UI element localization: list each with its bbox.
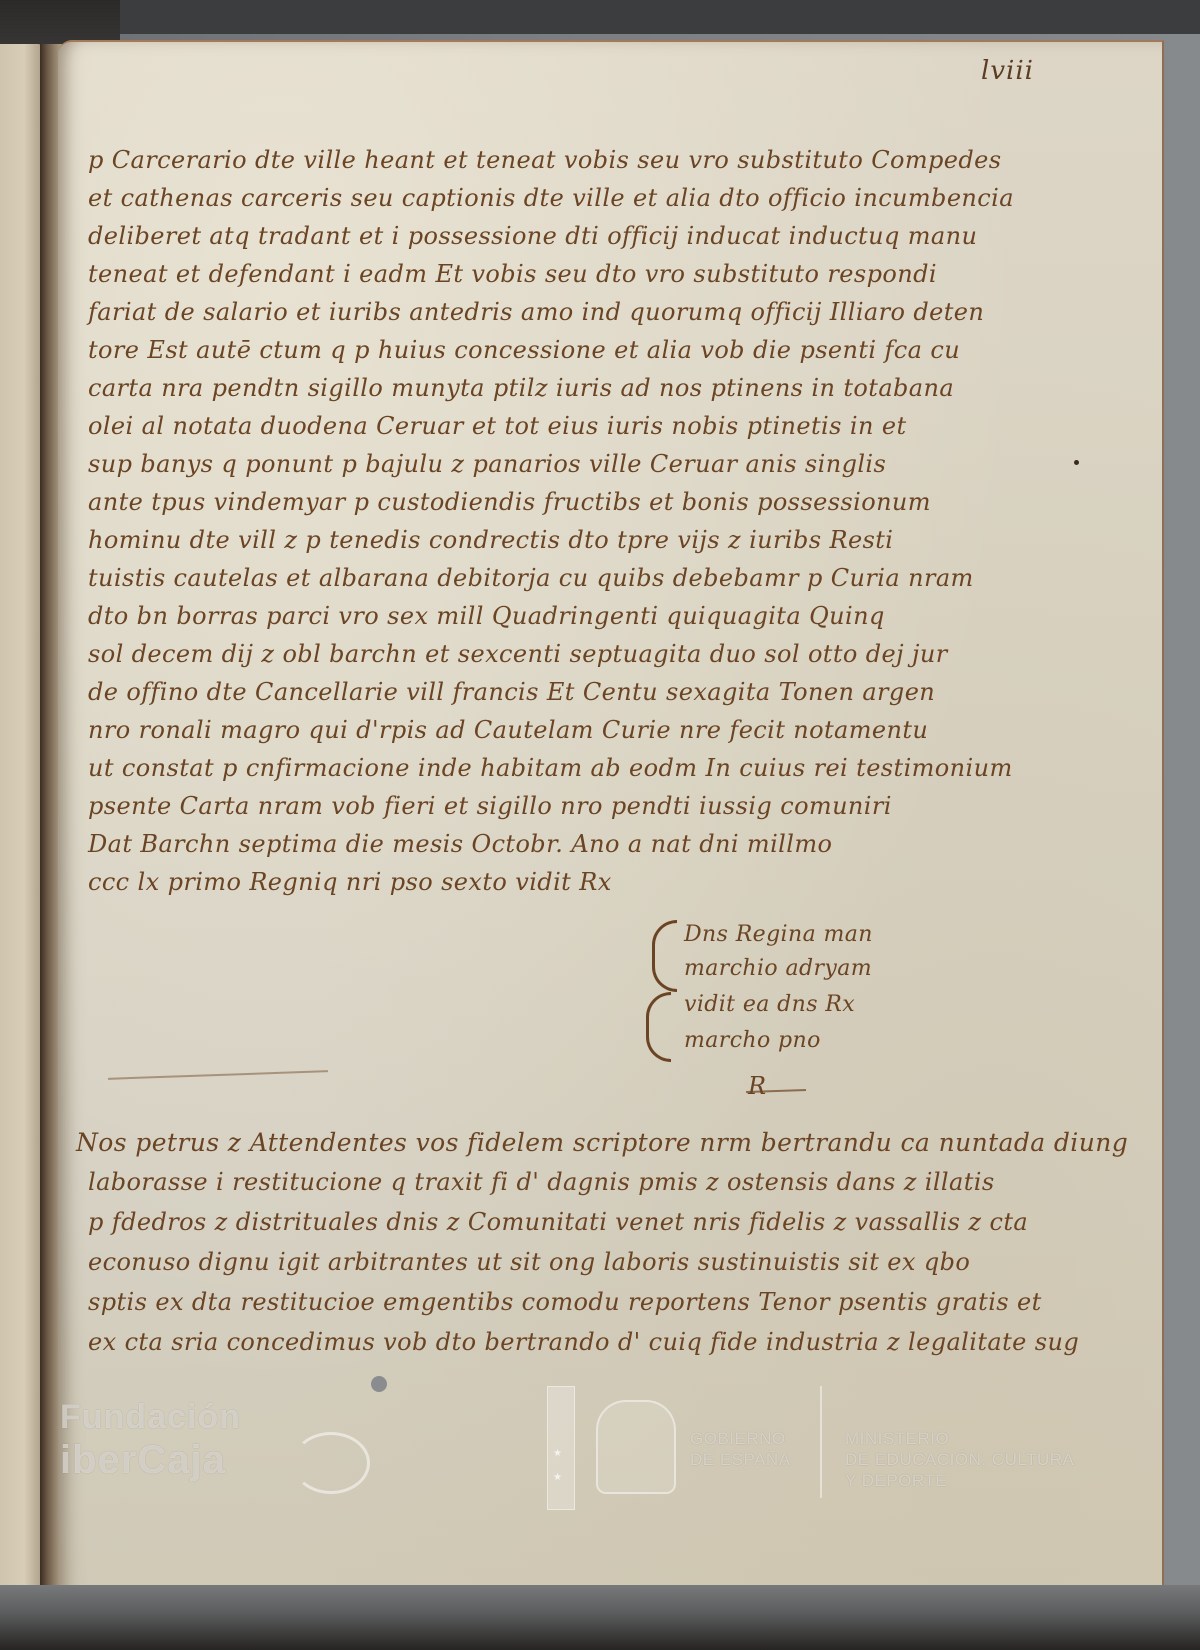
folio-number: lviii (981, 56, 1034, 86)
ministerio-line: MINISTERIO (845, 1428, 1074, 1449)
left-facing-page (0, 44, 44, 1604)
watermark-ministerio: MINISTERIO DE EDUCACIÓN, CULTURA Y DEPOR… (845, 1428, 1074, 1491)
text-line: laborasse i restitucione q traxit fi d' … (88, 1168, 995, 1196)
watermark-ibercaja: iberCaja (60, 1438, 226, 1483)
text-line: econuso dignu igit arbitrantes ut sit on… (88, 1248, 970, 1276)
text-line: ccc lx primo Regniq nri pso sexto vidit … (88, 868, 612, 896)
signature-line: marcho pno (684, 1028, 821, 1053)
text-line: p fdedros z distrituales dnis z Comunita… (88, 1208, 1028, 1236)
watermark-gobierno: GOBIERNO DE ESPAÑA (690, 1428, 791, 1470)
coat-of-arms-icon (596, 1400, 676, 1494)
binding-hole (371, 1376, 387, 1392)
text-line: carta nra pendtn sigillo munyta ptilz iu… (88, 374, 954, 402)
watermark-divider (820, 1386, 822, 1498)
text-line: sol decem dij z obl barchn et sexcenti s… (88, 640, 948, 668)
text-line: deliberet atq tradant et i possessione d… (88, 222, 977, 250)
deporte-line: Y DEPORTE (845, 1470, 1074, 1491)
signature-line: marchio adryam (684, 956, 872, 981)
text-line: tore Est autē ctum q p huius concessione… (88, 336, 960, 364)
text-line: dto bn borras parci vro sex mill Quadrin… (88, 602, 885, 630)
ink-spot (1074, 460, 1079, 465)
text-line: de offino dte Cancellarie vill francis E… (88, 678, 935, 706)
ibercaja-logo-icon (292, 1432, 370, 1494)
text-line: Dat Barchn septima die mesis Octobr. Ano… (88, 830, 832, 858)
bottom-shadow (0, 1585, 1200, 1650)
bracket-mark (646, 992, 671, 1062)
star-icon: ★ (553, 1472, 562, 1483)
text-line: olei al notata duodena Ceruar et tot eiu… (88, 412, 907, 440)
signature-line: vidit ea dns Rx (684, 992, 855, 1017)
text-line: Nos petrus z Attendentes vos fidelem scr… (76, 1128, 1128, 1157)
bracket-mark (652, 920, 677, 992)
star-icon: ★ (553, 1448, 562, 1459)
text-line: fariat de salario et iuribs antedris amo… (88, 298, 984, 326)
educacion-line: DE EDUCACIÓN, CULTURA (845, 1449, 1074, 1470)
text-line: teneat et defendant i eadm Et vobis seu … (88, 260, 937, 288)
manuscript-page: lviii p Carcerario dte ville heant et te… (58, 40, 1164, 1602)
text-line: sptis ex dta restitucioe emgentibs comod… (88, 1288, 1042, 1316)
board-top-strip (120, 0, 1200, 34)
espana-line: DE ESPAÑA (690, 1449, 791, 1470)
text-line: ex cta sria concedimus vob dto bertrando… (88, 1328, 1079, 1356)
text-line: sup banys q ponunt p bajulu z panarios v… (88, 450, 886, 478)
text-line: tuistis cautelas et albarana debitorja c… (88, 564, 974, 592)
separator-stroke (108, 1070, 328, 1080)
watermark-fundacion: Fundación (60, 1398, 241, 1437)
text-line: p Carcerario dte ville heant et teneat v… (88, 146, 1001, 174)
text-line: nro ronali magro qui d'rpis ad Cautelam … (88, 716, 928, 744)
registration-mark: R (748, 1072, 766, 1100)
text-line: ut constat p cnfirmacione inde habitam a… (88, 754, 1013, 782)
signature-line: Dns Regina man (684, 922, 873, 947)
gobierno-line: GOBIERNO (690, 1428, 791, 1449)
text-line: ante tpus vindemyar p custodiendis fruct… (88, 488, 931, 516)
text-line: psente Carta nram vob fieri et sigillo n… (88, 792, 892, 820)
text-line: hominu dte vill z p tenedis condrectis d… (88, 526, 893, 554)
text-line: et cathenas carceris seu captionis dte v… (88, 184, 1014, 212)
